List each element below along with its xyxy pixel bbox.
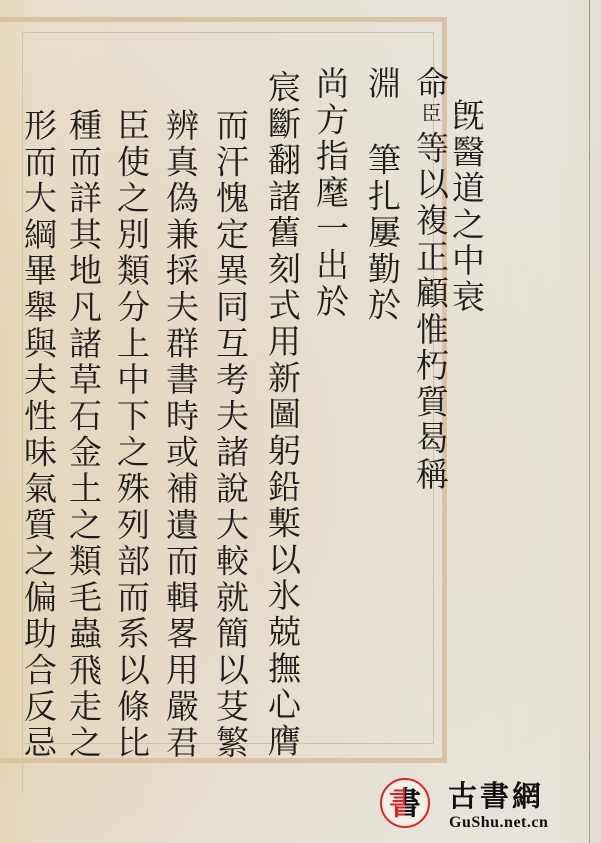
column-head: 命 [411, 66, 450, 102]
scanned-page: 旣醫道之中衰 命臣等以複正顧惟朽質曷稱 淵筆扎屢勤於 尚方指麾一出於 宸斷翻諸舊… [0, 0, 601, 843]
watermark-title: 古書網 [448, 780, 544, 812]
column-text: 宸斷翻諸舊刻式用新圖躬鉛槧以氷兢撫心膺 [263, 70, 302, 760]
column-text: 而汗愧定異同互考夫諸說大較就簡以芟繁 [211, 108, 250, 761]
text-column-10: 形而大綱畢舉與夫性味氣質之偏助合反忌 [18, 108, 58, 761]
text-column-6: 而汗愧定異同互考夫諸說大較就簡以芟繁 [210, 108, 250, 761]
text-column-2: 命臣等以複正顧惟朽質曷稱 [410, 66, 450, 493]
text-column-7: 辨真偽兼採夫群書時或補遺而輯畧用嚴君 [160, 108, 200, 761]
text-column-3: 淵筆扎屢勤於 [362, 66, 402, 324]
watermark-url: GuShu.net.cn [449, 815, 548, 831]
gushu-watermark: 書 古書網 GuShu.net.cn [380, 778, 590, 834]
text-column-5: 宸斷翻諸舊刻式用新圖躬鉛槧以氷兢撫心膺 [262, 70, 302, 760]
column-text: 辨真偽兼採夫群書時或補遺而輯畧用嚴君 [161, 108, 200, 761]
column-small-char: 臣 [418, 102, 442, 130]
column-text: 旣醫道之中衰 [447, 98, 486, 316]
text-column-4: 尚方指麾一出於 [310, 66, 350, 320]
column-text: 種而詳其地凡諸草石金土之類毛蟲飛走之 [64, 108, 103, 761]
column-text: 等以複正顧惟朽質曷稱 [411, 130, 450, 493]
column-text: 臣使之別類分上中下之殊列部而系以條比 [112, 108, 151, 761]
column-text: 尚方指麾一出於 [311, 66, 350, 320]
column-text: 筆扎屢勤於 [363, 142, 402, 324]
text-column-9: 種而詳其地凡諸草石金土之類毛蟲飛走之 [63, 108, 103, 761]
text-column-8: 臣使之別類分上中下之殊列部而系以條比 [111, 108, 151, 761]
seal-glyph: 書 [389, 787, 421, 819]
column-head: 淵 [363, 66, 402, 102]
text-column-1: 旣醫道之中衰 [446, 98, 486, 316]
seal-logo-icon: 書 [380, 778, 430, 828]
column-text: 形而大綱畢舉與夫性味氣質之偏助合反忌 [19, 108, 58, 761]
text-block: 旣醫道之中衰 命臣等以複正顧惟朽質曷稱 淵筆扎屢勤於 尚方指麾一出於 宸斷翻諸舊… [0, 0, 601, 843]
